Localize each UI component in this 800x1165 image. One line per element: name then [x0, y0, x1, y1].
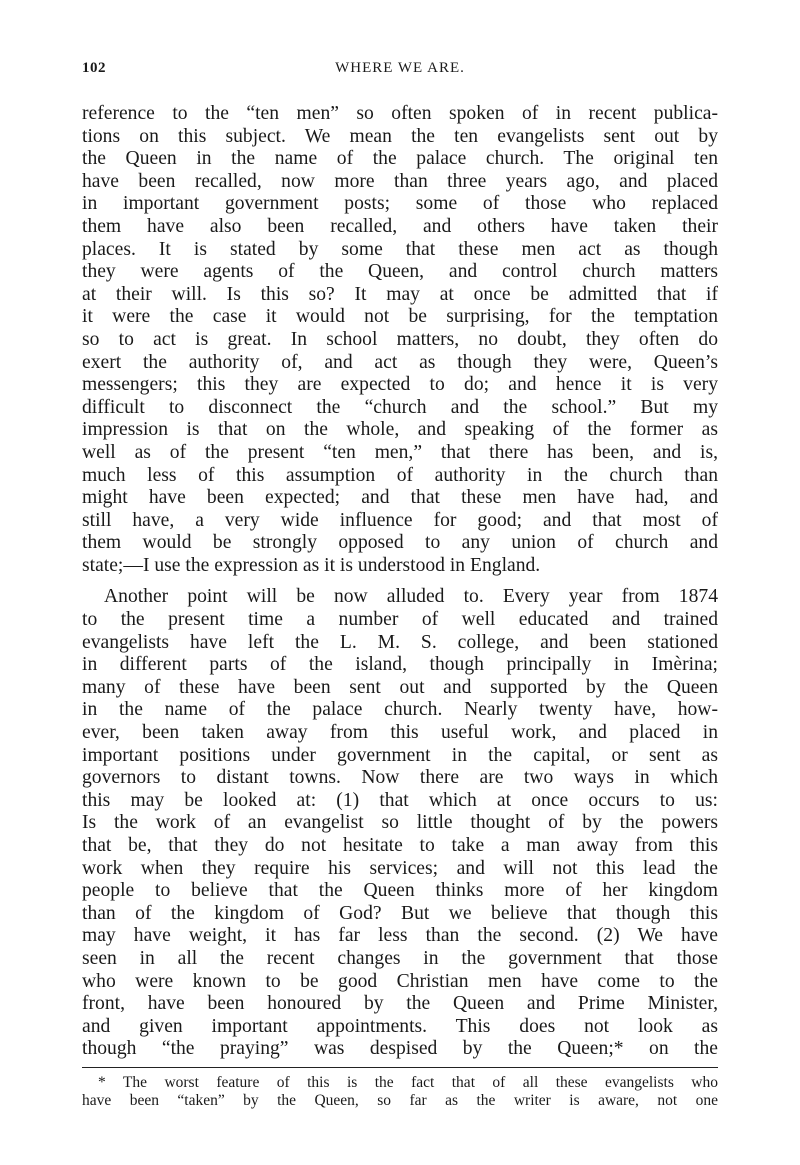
text-line: the Queen in the name of the palace chur… — [82, 148, 718, 171]
running-title: WHERE WE ARE. — [82, 60, 718, 77]
body-text: reference to the “ten men” so often spok… — [82, 103, 718, 1061]
text-line: may have weight, it has far less than th… — [82, 925, 718, 948]
footnote: * The worst feature of this is the fact … — [82, 1074, 718, 1111]
text-line: evangelists have left the L. M. S. colle… — [82, 632, 718, 655]
book-page: 102 WHERE WE ARE. reference to the “ten … — [82, 60, 718, 1111]
text-line: this may be looked at: (1) that which at… — [82, 790, 718, 813]
text-line: much less of this assumption of authorit… — [82, 465, 718, 488]
text-line: impression is that on the whole, and spe… — [82, 419, 718, 442]
footnote-divider — [82, 1067, 718, 1068]
text-line: governors to distant towns. Now there ar… — [82, 767, 718, 790]
text-line: Another point will be now alluded to. Ev… — [82, 586, 718, 609]
text-line: exert the authority of, and act as thoug… — [82, 352, 718, 375]
text-line: Is the work of an evangelist so little t… — [82, 812, 718, 835]
text-line: reference to the “ten men” so often spok… — [82, 103, 718, 126]
text-line: it were the case it would not be surpris… — [82, 306, 718, 329]
text-line: them have also been recalled, and others… — [82, 216, 718, 239]
text-line: in different parts of the island, though… — [82, 654, 718, 677]
text-line: them would be strongly opposed to any un… — [82, 532, 718, 555]
text-line: seen in all the recent changes in the go… — [82, 948, 718, 971]
text-line: they were agents of the Queen, and contr… — [82, 261, 718, 284]
text-line: state;—I use the expression as it is und… — [82, 555, 718, 578]
text-line: work when they require his services; and… — [82, 858, 718, 881]
text-line: so to act is great. In school matters, n… — [82, 329, 718, 352]
running-head: 102 WHERE WE ARE. — [82, 60, 718, 84]
text-line: difficult to disconnect the “church and … — [82, 397, 718, 420]
text-line: places. It is stated by some that these … — [82, 239, 718, 262]
text-line: who were known to be good Christian men … — [82, 971, 718, 994]
text-line: front, have been honoured by the Queen a… — [82, 993, 718, 1016]
text-line: in important government posts; some of t… — [82, 193, 718, 216]
text-line: at their will. Is this so? It may at onc… — [82, 284, 718, 307]
text-line: messengers; this they are expected to do… — [82, 374, 718, 397]
text-line: still have, a very wide influence for go… — [82, 510, 718, 533]
text-line: that be, that they do not hesitate to ta… — [82, 835, 718, 858]
text-line: many of these have been sent out and sup… — [82, 677, 718, 700]
text-line: have been recalled, now more than three … — [82, 171, 718, 194]
text-line: people to believe that the Queen thinks … — [82, 880, 718, 903]
footnote-line: have been “taken” by the Queen, so far a… — [82, 1092, 718, 1111]
text-line: tions on this subject. We mean the ten e… — [82, 126, 718, 149]
text-line: well as of the present “ten men,” that t… — [82, 442, 718, 465]
text-line: important positions under government in … — [82, 745, 718, 768]
text-line: ever, been taken away from this useful w… — [82, 722, 718, 745]
text-line: might have been expected; and that these… — [82, 487, 718, 510]
text-line: in the name of the palace church. Nearly… — [82, 699, 718, 722]
paragraph-2: Another point will be now alluded to. Ev… — [82, 586, 718, 1060]
paragraph-gap — [82, 577, 718, 586]
text-line: to the present time a number of well edu… — [82, 609, 718, 632]
paragraph-1: reference to the “ten men” so often spok… — [82, 103, 718, 577]
text-line: and given important appointments. This d… — [82, 1016, 718, 1039]
footnote-line: * The worst feature of this is the fact … — [82, 1074, 718, 1093]
text-line: though “the praying” was despised by the… — [82, 1038, 718, 1061]
text-line: than of the kingdom of God? But we belie… — [82, 903, 718, 926]
